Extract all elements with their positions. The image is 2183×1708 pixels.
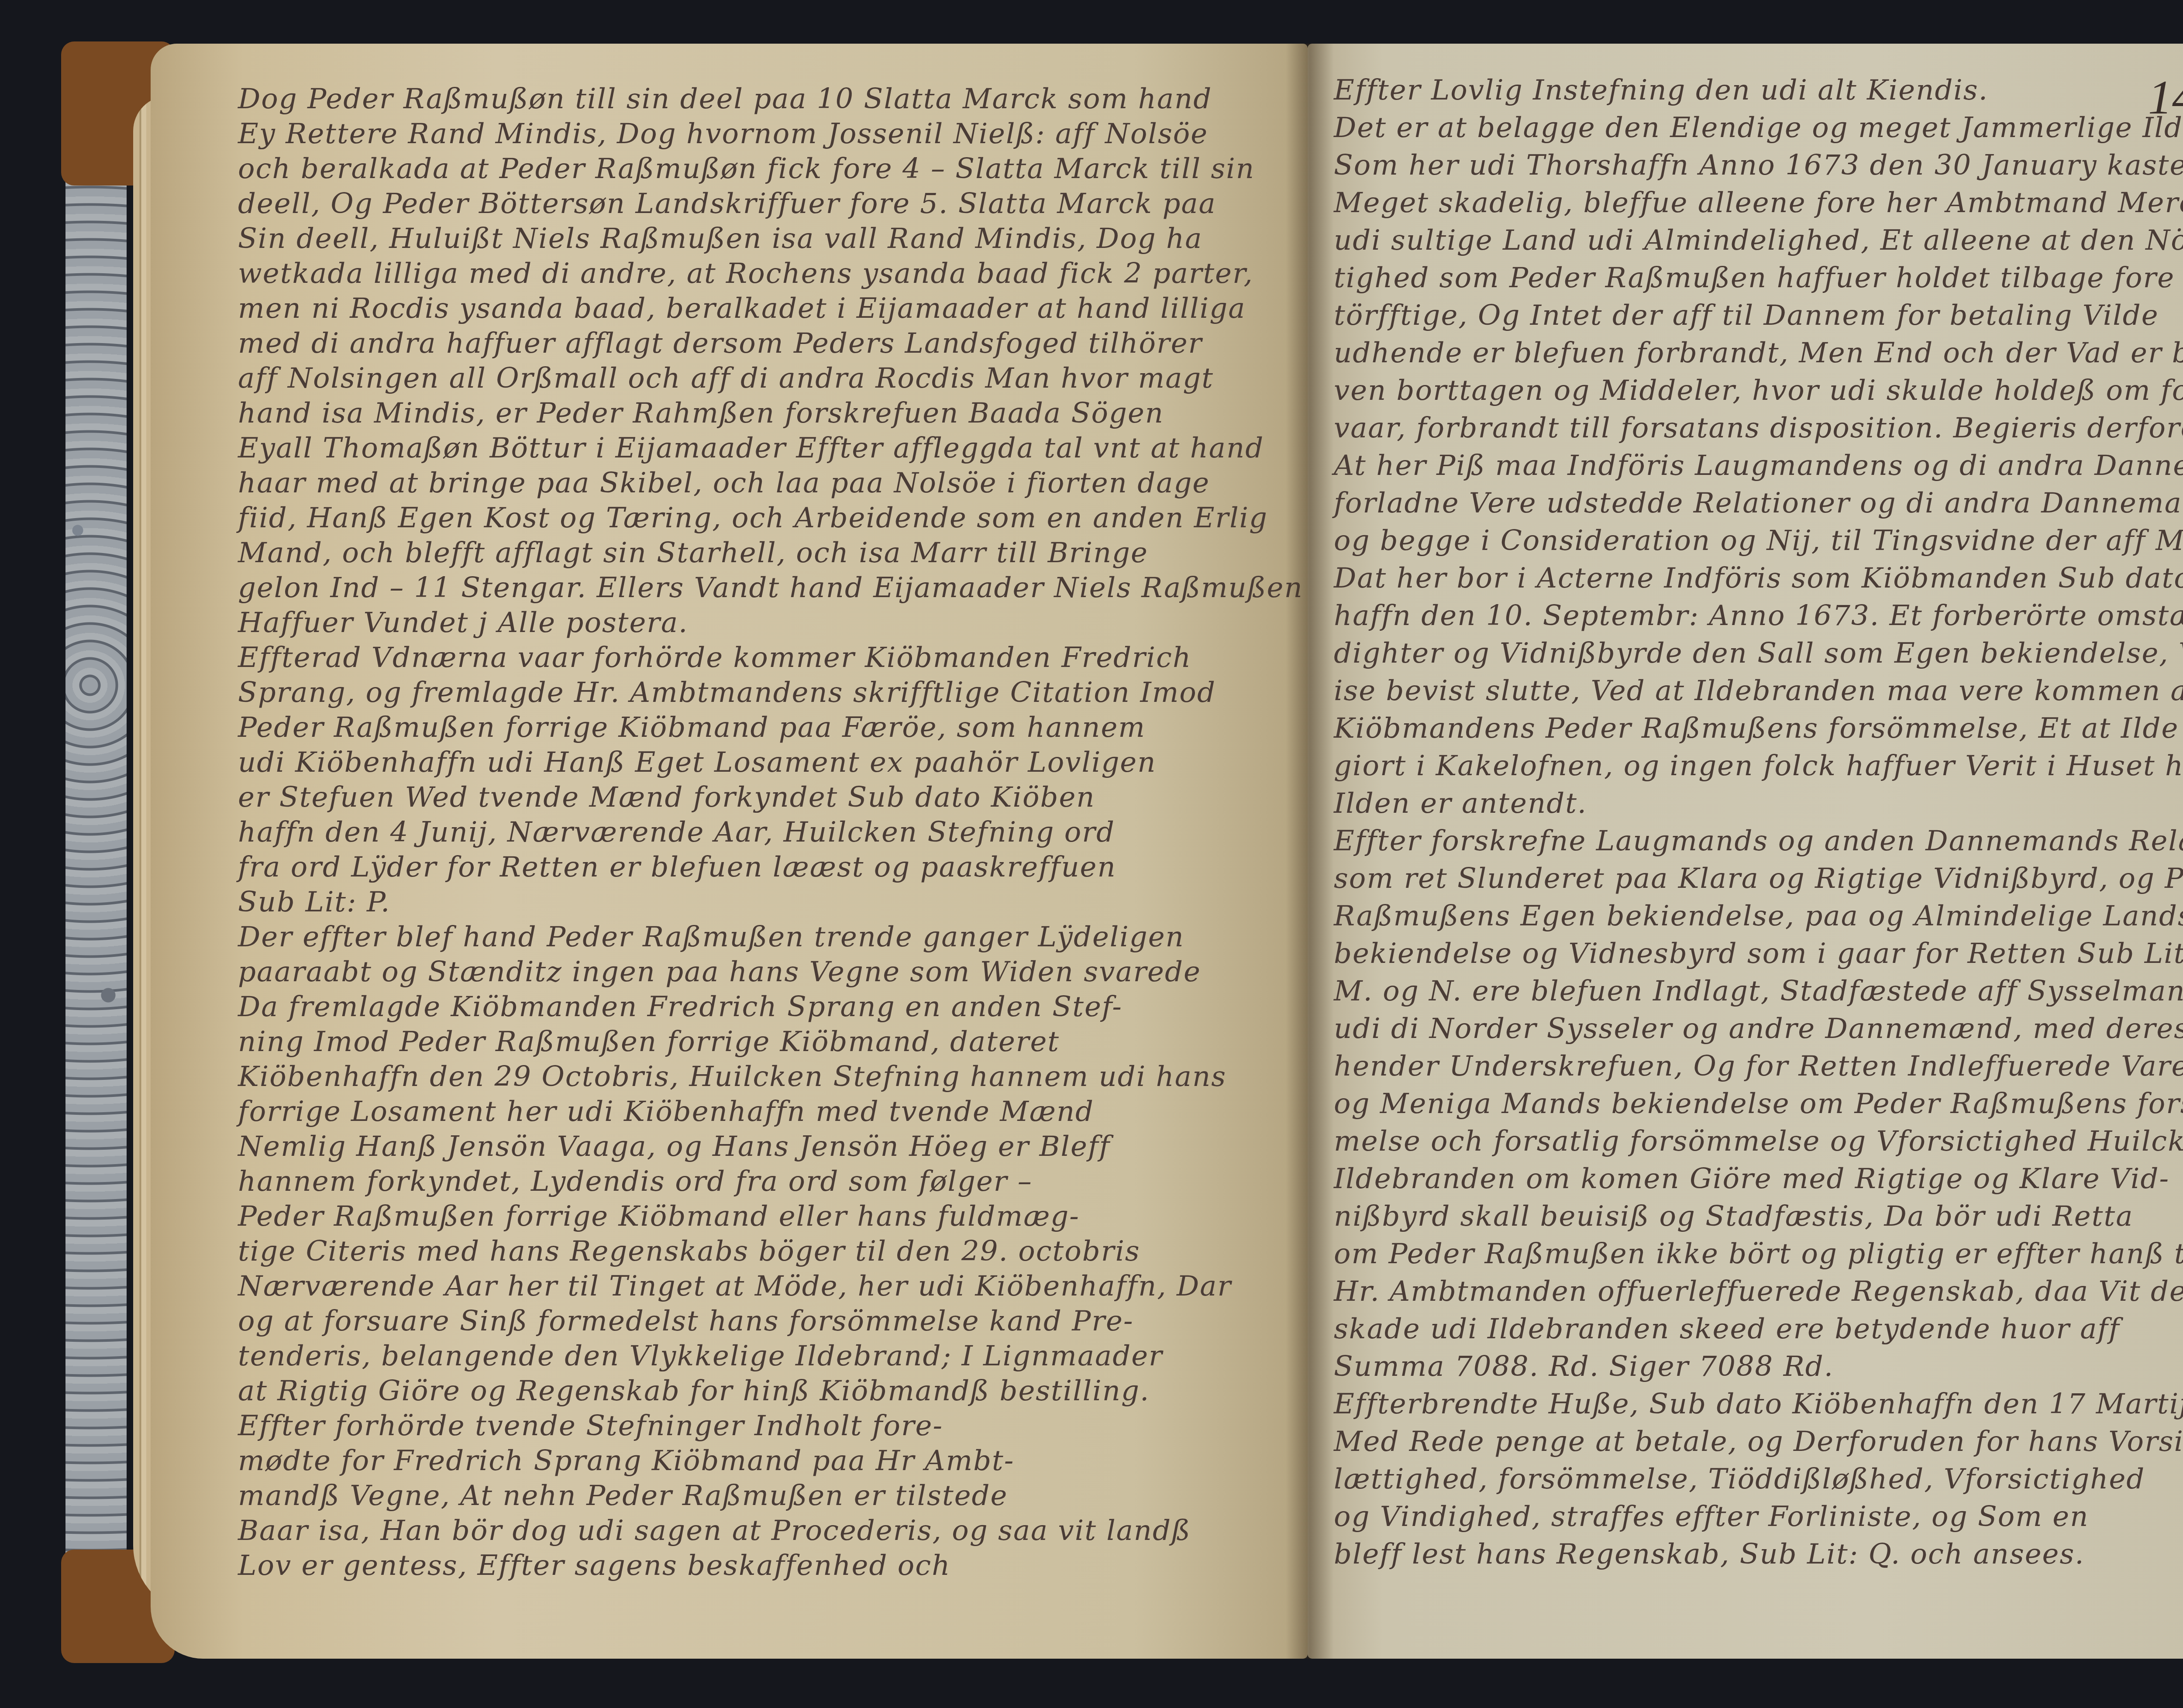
manuscript-line: Ilden er antendt. [1334, 787, 1587, 820]
manuscript-line: Eyall Thomaßøn Böttur i Eijamaader Effte… [238, 432, 1264, 464]
manuscript-line: udi Kiöbenhaffn udi Hanß Eget Losament e… [238, 746, 1156, 779]
manuscript-line: Haffuer Vundet j Alle postera. [238, 607, 688, 639]
book-gutter [1286, 44, 1334, 1659]
manuscript-line: Nemlig Hanß Jensön Vaaga, og Hans Jensön… [238, 1131, 1110, 1163]
manuscript-line: udi sultige Land udi Almindelighed, Et a… [1334, 224, 2183, 257]
manuscript-line: Lov er gentess, Effter sagens beskaffenh… [238, 1550, 950, 1582]
manuscript-line: gelon Ind – 11 Stengar. Ellers Vandt han… [238, 572, 1303, 604]
manuscript-line: dighter og Vidnißbyrde den Sall som Egen… [1334, 637, 2183, 670]
manuscript-line: Kiöbenhaffn den 29 Octobris, Huilcken St… [238, 1061, 1226, 1093]
manuscript-line: Med Rede penge at betale, og Derforuden … [1334, 1426, 2183, 1458]
manuscript-line: törfftige, Og Intet der aff til Dannem f… [1334, 299, 2159, 332]
manuscript-line: og begge i Consideration og Nij, til Tin… [1334, 525, 2183, 557]
manuscript-line: Effterad Vdnærna vaar forhörde kommer Ki… [238, 642, 1191, 674]
manuscript-line: Sub Lit: P. [238, 886, 390, 918]
manuscript-line: deell, Og Peder Böttersøn Landskriffuer … [238, 188, 1216, 220]
manuscript-line: Hr. Ambtmanden offuerleffuerede Regenska… [1334, 1275, 2183, 1308]
manuscript-line: Meget skadelig, bleffue alleene fore her… [1334, 187, 2183, 219]
manuscript-line: Dat her bor i Acterne Indföris som Kiöbm… [1334, 562, 2183, 595]
manuscript-line: hender Underskrefuen, Og for Retten Indl… [1334, 1050, 2183, 1083]
manuscript-line: melse och forsatlig forsömmelse og Vfors… [1334, 1125, 2183, 1158]
manuscript-line: udhende er blefuen forbrandt, Men End oc… [1334, 337, 2183, 369]
manuscript-line: forrige Losament her udi Kiöbenhaffn med… [238, 1096, 1094, 1128]
manuscript-line: Kiöbmandens Peder Raßmußens forsömmelse,… [1334, 712, 2183, 745]
manuscript-line: tenderis, belangende den Vlykkelige Ilde… [238, 1340, 1163, 1372]
manuscript-line: haffn den 4 Junij, Nærværende Aar, Huilc… [238, 816, 1115, 849]
manuscript-line: men ni Rocdis ysanda baad, beralkadet i … [238, 292, 1246, 325]
manuscript-line: som ret Slunderet paa Klara og Rigtige V… [1334, 863, 2183, 895]
manuscript-line: tige Citeris med hans Regenskabs böger t… [238, 1235, 1140, 1268]
manuscript-line: Effter Lovlig Instefning den udi alt Kie… [1334, 74, 1988, 107]
manuscript-line: med di andra haffuer afflagt dersom Pede… [238, 327, 1202, 360]
manuscript-line: vaar, forbrandt till forsatans dispositi… [1334, 412, 2183, 444]
manuscript-line: forladne Vere udstedde Relationer og di … [1334, 487, 2183, 519]
manuscript-line: og Vindighed, straffes effter Forliniste… [1334, 1501, 2089, 1533]
manuscript-line: er Stefuen Wed tvende Mænd forkyndet Sub… [238, 781, 1095, 814]
manuscript-line: Som her udi Thorshaffn Anno 1673 den 30 … [1334, 149, 2183, 182]
manuscript-line: Ey Rettere Rand Mindis, Dog hvornom Joss… [238, 118, 1208, 150]
manuscript-line: Summa 7088. Rd. Siger 7088 Rd. [1334, 1351, 1834, 1383]
manuscript-line: mødte for Fredrich Sprang Kiöbmand paa H… [238, 1445, 1014, 1477]
manuscript-line: og Meniga Mands bekiendelse om Peder Raß… [1334, 1088, 2183, 1120]
manuscript-line: ven borttagen og Middeler, hvor udi skul… [1334, 375, 2183, 407]
manuscript-line: haar med at bringe paa Skibel, och laa p… [238, 467, 1210, 499]
manuscript-line: Dog Peder Raßmußøn till sin deel paa 10 … [238, 83, 1212, 115]
manuscript-line: Baar isa, Han bör dog udi sagen at Proce… [238, 1515, 1191, 1547]
manuscript-line: Effterbrendte Huße, Sub dato Kiöbenhaffn… [1334, 1388, 2183, 1420]
manuscript-line: Det er at belagge den Elendige og meget … [1334, 112, 2183, 144]
manuscript-line: Raßmußens Egen bekiendelse, paa og Almin… [1334, 900, 2183, 932]
manuscript-line: Der effter blef hand Peder Raßmußen tren… [238, 921, 1184, 953]
manuscript-line: Effter forhörde tvende Stefninger Indhol… [238, 1410, 943, 1442]
manuscript-line: haffn den 10. Septembr: Anno 1673. Et fo… [1334, 600, 2183, 632]
manuscript-line: giort i Kakelofnen, og ingen folck haffu… [1334, 750, 2183, 782]
manuscript-line: mandß Vegne, At nehn Peder Raßmußen er t… [238, 1480, 1008, 1512]
manuscript-line: Mand, och blefft afflagt sin Starhell, o… [238, 537, 1148, 569]
manuscript-line: och beralkada at Peder Raßmußøn fick for… [238, 153, 1255, 185]
manuscript-line: fiid, Hanß Egen Kost og Tæring, och Arbe… [238, 502, 1268, 534]
manuscript-line: udi di Norder Sysseler og andre Dannemæn… [1334, 1013, 2183, 1045]
manuscript-line: nißbyrd skall beuisiß og Stadfæstis, Da … [1334, 1200, 2133, 1233]
manuscript-line: aff Nolsingen all Orßmall och aff di and… [238, 362, 1214, 395]
manuscript-line: skade udi Ildebranden skeed ere betydend… [1334, 1313, 2120, 1345]
manuscript-line: bleff lest hans Regenskab, Sub Lit: Q. o… [1334, 1538, 2085, 1571]
right-page: 145 Effter Lovlig Instefning den udi alt… [1308, 44, 2183, 1659]
left-page: Dog Peder Raßmußøn till sin deel paa 10 … [151, 44, 1308, 1659]
open-book: Dog Peder Raßmußøn till sin deel paa 10 … [63, 44, 2183, 1659]
manuscript-line: hannem forkyndet, Lydendis ord fra ord s… [238, 1165, 1033, 1198]
manuscript-line: Sin deell, Huluißt Niels Raßmußen isa va… [238, 223, 1202, 255]
manuscript-line: bekiendelse og Vidnesbyrd som i gaar for… [1334, 938, 2183, 970]
manuscript-line: At her Piß maa Indföris Laugmandens og d… [1334, 450, 2183, 482]
manuscript-line: Da fremlagde Kiöbmanden Fredrich Sprang … [238, 991, 1122, 1023]
manuscript-line: fra ord Lÿder for Retten er blefuen lææs… [238, 851, 1116, 883]
manuscript-line: wetkada lilliga med di andre, at Rochens… [238, 258, 1253, 290]
manuscript-line: ise bevist slutte, Ved at Ildebranden ma… [1334, 675, 2183, 707]
manuscript-line: ning Imod Peder Raßmußen forrige Kiöbman… [238, 1026, 1060, 1058]
manuscript-line: om Peder Raßmußen ikke bört og pligtig e… [1334, 1238, 2183, 1270]
manuscript-line: Peder Raßmußen forrige Kiöbmand eller ha… [238, 1200, 1080, 1233]
manuscript-line: lættighed, forsömmelse, Tiöddißløßhed, V… [1334, 1463, 2145, 1495]
manuscript-line: hand isa Mindis, er Peder Rahmßen forskr… [238, 397, 1164, 430]
manuscript-line: Ildebranden om komen Giöre med Rigtige o… [1334, 1163, 2169, 1195]
manuscript-line: paaraabt og Stænditz ingen paa hans Vegn… [238, 956, 1201, 988]
manuscript-line: tighed som Peder Raßmußen haffuer holdet… [1334, 262, 2183, 294]
manuscript-line: Sprang, og fremlagde Hr. Ambtmandens skr… [238, 677, 1216, 709]
manuscript-line: Effter forskrefne Laugmands og anden Dan… [1334, 825, 2183, 857]
manuscript-line: M. og N. ere blefuen Indlagt, Stadfæsted… [1334, 975, 2183, 1007]
manuscript-line: at Rigtig Giöre og Regenskab for hinß Ki… [238, 1375, 1150, 1407]
manuscript-line: og at forsuare Sinß formedelst hans fors… [238, 1305, 1134, 1337]
manuscript-line: Peder Raßmußen forrige Kiöbmand paa Færö… [238, 711, 1146, 744]
manuscript-line: Nærværende Aar her til Tinget at Möde, h… [238, 1270, 1232, 1302]
